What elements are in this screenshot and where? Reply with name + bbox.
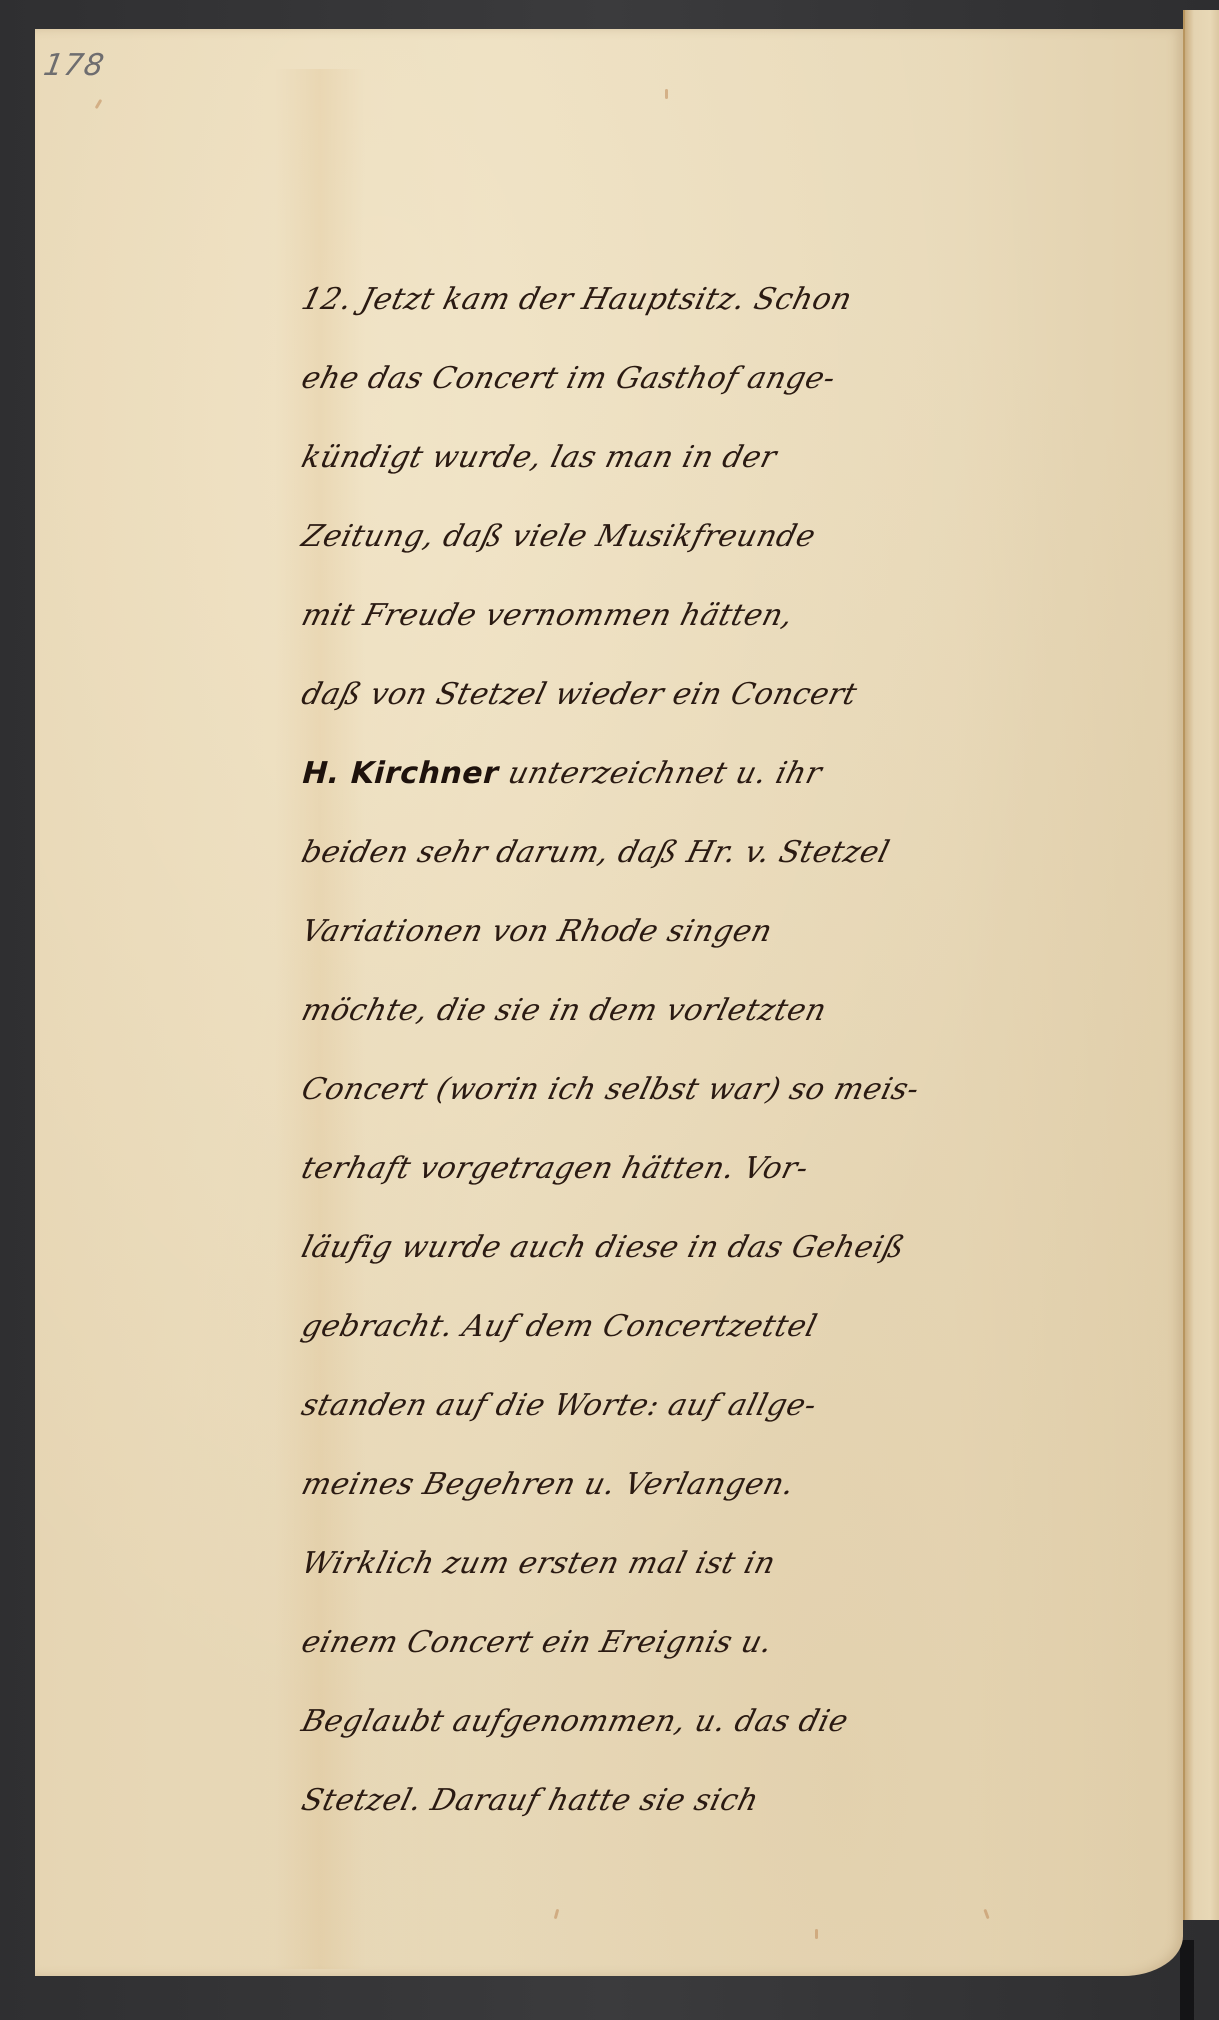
text-line: Concert (worin ich selbst war) so meis- xyxy=(290,1060,1110,1139)
paper-speck xyxy=(665,89,668,99)
text-line: kündigt wurde, las man in der xyxy=(290,428,1110,507)
text-line: Stetzel. Darauf hatte sie sich xyxy=(290,1771,1110,1850)
next-page-edge xyxy=(1183,10,1219,1920)
text-line: läufig wurde auch diese in das Geheiß xyxy=(290,1218,1110,1297)
text-line: Zeitung, daß viele Musikfreunde xyxy=(290,507,1110,586)
text-line: daß von Stetzel wieder ein Concert xyxy=(290,665,1110,744)
folio-number: 178 xyxy=(41,48,107,83)
text-line: gebracht. Auf dem Concertzettel xyxy=(290,1297,1110,1376)
paper-speck xyxy=(815,1929,818,1939)
binding-shadow xyxy=(1180,1940,1194,2020)
paper-speck xyxy=(554,1909,559,1919)
text-line: Variationen von Rhode singen xyxy=(290,902,1110,981)
text-line: terhaft vorgetragen hätten. Vor- xyxy=(290,1139,1110,1218)
text-line: Beglaubt aufgenommen, u. das die xyxy=(290,1692,1110,1771)
text-line: beiden sehr darum, daß Hr. v. Stetzel xyxy=(290,823,1110,902)
line-suffix: unterzeichnet u. ihr xyxy=(504,756,825,791)
text-line: meines Begehren u. Verlangen. xyxy=(290,1455,1110,1534)
text-line: 12. Jetzt kam der Hauptsitz. Schon xyxy=(290,270,1110,349)
text-line: standen auf die Worte: auf allge- xyxy=(290,1376,1110,1455)
text-line: H. Kirchner unterzeichnet u. ihr xyxy=(290,744,1110,823)
text-line: möchte, die sie in dem vorletzten xyxy=(290,981,1110,1060)
text-line: einem Concert ein Ereignis u. xyxy=(290,1613,1110,1692)
paper-speck xyxy=(95,99,103,109)
text-line: Wirklich zum ersten mal ist in xyxy=(290,1534,1110,1613)
name-kirchner: H. Kirchner xyxy=(298,756,503,791)
text-line: ehe das Concert im Gasthof ange- xyxy=(290,349,1110,428)
manuscript-text: 12. Jetzt kam der Hauptsitz. Schon ehe d… xyxy=(290,270,1090,1850)
text-line: mit Freude vernommen hätten, xyxy=(290,586,1110,665)
paper-speck xyxy=(983,1909,989,1919)
